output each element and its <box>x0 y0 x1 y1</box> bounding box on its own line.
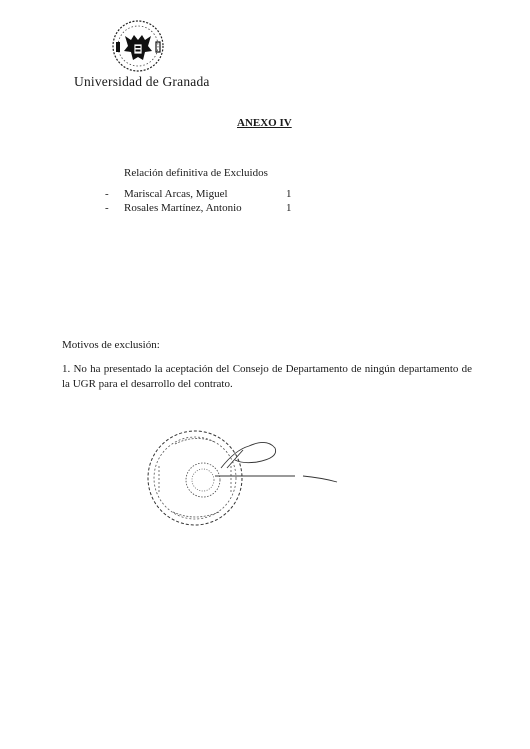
reasons-heading: Motivos de exclusión: <box>62 339 160 351</box>
handwritten-signature-icon <box>215 442 337 482</box>
list-bullet: - <box>105 188 109 200</box>
excluded-name: Rosales Martínez, Antonio <box>124 202 242 214</box>
excluded-list: - Mariscal Arcas, Miguel 1 - Rosales Mar… <box>105 188 305 216</box>
reason-item: 1. No ha presentado la aceptación del Co… <box>62 362 472 392</box>
excluded-item: - Rosales Martínez, Antonio 1 <box>105 202 305 216</box>
excluded-name: Mariscal Arcas, Miguel <box>124 188 228 200</box>
excluded-list-heading: Relación definitiva de Excluidos <box>124 167 268 179</box>
list-bullet: - <box>105 202 109 214</box>
university-crest-icon <box>110 18 166 74</box>
institution-name: Universidad de Granada <box>74 74 210 90</box>
exclusion-motive-code: 1 <box>286 202 292 214</box>
official-seal-icon <box>148 431 242 525</box>
exclusion-motive-code: 1 <box>286 188 292 200</box>
annex-title: ANEXO IV <box>237 117 292 129</box>
excluded-item: - Mariscal Arcas, Miguel 1 <box>105 188 305 202</box>
seal-and-signature <box>145 420 355 530</box>
